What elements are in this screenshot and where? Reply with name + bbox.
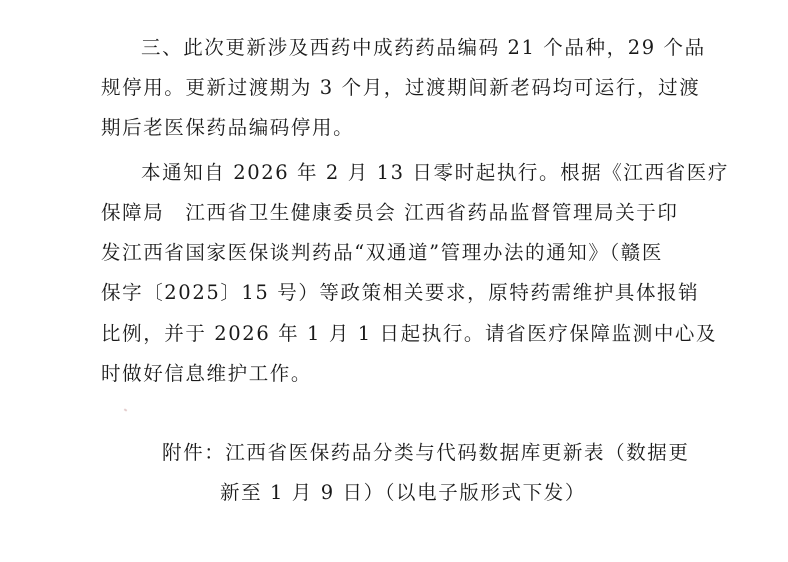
- text-line: 时做好信息维护工作。: [101, 362, 312, 386]
- text-line: 期后老医保药品编码停用。: [101, 116, 354, 140]
- text-line: 三、此次更新涉及西药中成药药品编码 21 个品种，29 个品: [141, 36, 706, 60]
- text-line: 规停用。更新过渡期为 3 个月，过渡期间新老码均可运行，过渡: [101, 76, 700, 100]
- text-line: 保障局 江西省卫生健康委员会 江西省药品监督管理局关于印: [101, 201, 679, 225]
- scan-artifact: [124, 408, 128, 411]
- text-line: 新至 1 月 9 日）（以电子版形式下发）: [220, 481, 586, 505]
- text-line: 发江西省国家医保谈判药品“双通道”管理办法的通知》（赣医: [101, 241, 663, 265]
- text-line: 保字〔2025〕15 号）等政策相关要求，原特药需维护具体报销: [101, 281, 699, 305]
- text-line: 附件：江西省医保药品分类与代码数据库更新表（数据更: [162, 441, 690, 465]
- text-line: 本通知自 2026 年 2 月 13 日零时起执行。根据《江西省医疗: [141, 161, 729, 185]
- text-line: 比例，并于 2026 年 1 月 1 日起执行。请省医疗保障监测中心及: [101, 322, 717, 346]
